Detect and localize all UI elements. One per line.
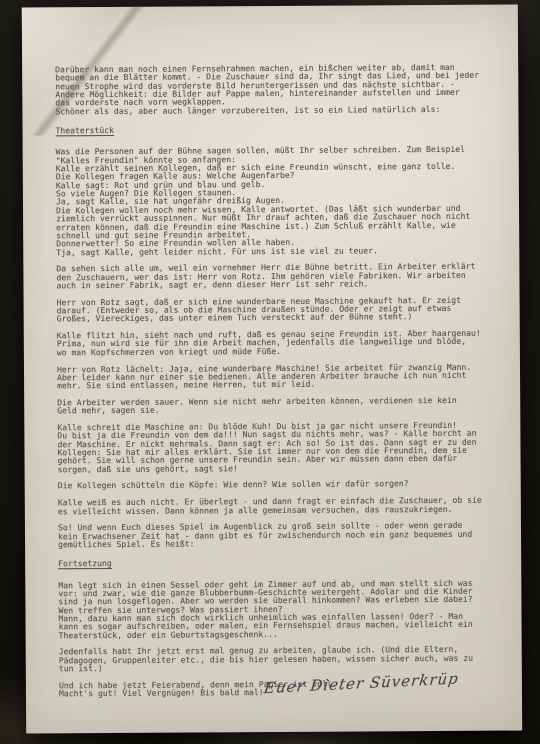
paragraph-kalles-freundin: Was die Personen auf der Bühne sagen sol…: [56, 145, 501, 256]
document-page: Darüber kann man noch einen Fernsehrahme…: [22, 4, 522, 733]
paragraph-neue-maschine: Herr von Rotz sagt, daß er sich eine wun…: [57, 295, 501, 323]
section-heading-theaterstueck: Theaterstück: [56, 124, 500, 135]
paragraph-kalle-flitzt: Kalle flitzt hin, sieht nach und ruft, d…: [57, 329, 501, 357]
paragraph-rotz-laechelt: Herr von Rotz lächelt: Jaja, eine wunder…: [57, 362, 501, 390]
photo-background: Darüber kann man noch einen Fernsehrahme…: [0, 0, 540, 744]
typewritten-text-block: Darüber kann man noch einen Fernsehrahme…: [55, 63, 503, 707]
paragraph-tv-frame: Darüber kann man noch einen Fernsehrahme…: [55, 63, 499, 116]
paragraph-arbeiter-sauer: Die Arbeiter werden sauer. Wenn sie nich…: [57, 396, 501, 415]
paragraph-bequemes-spiel: So! Und wenn Euch dieses Spiel im Augenb…: [58, 521, 502, 549]
paragraph-blubberbumm-weiter: Man legt sich in einen Sessel oder geht …: [58, 578, 502, 639]
paragraph-herr-von-rotz-auftritt: Da sehen sich alle um, weil ein vornehme…: [56, 262, 500, 290]
paragraph-kalle-schreit: Kalle schreit die Maschine an: Du blöde …: [57, 421, 501, 474]
paragraph-kalle-fragt-zuschauer: Kalle weiß es auch nicht. Er überlegt - …: [58, 496, 502, 515]
paragraph-kollegen-koepfe: Die Kollegen schütteln die Köpfe: Wie de…: [58, 479, 502, 490]
paragraph-genug-zu-arbeiten: Jedenfalls habt Ihr jetzt erst mal genug…: [59, 645, 503, 673]
section-heading-fortsetzung: Fortsetzung: [58, 557, 502, 568]
